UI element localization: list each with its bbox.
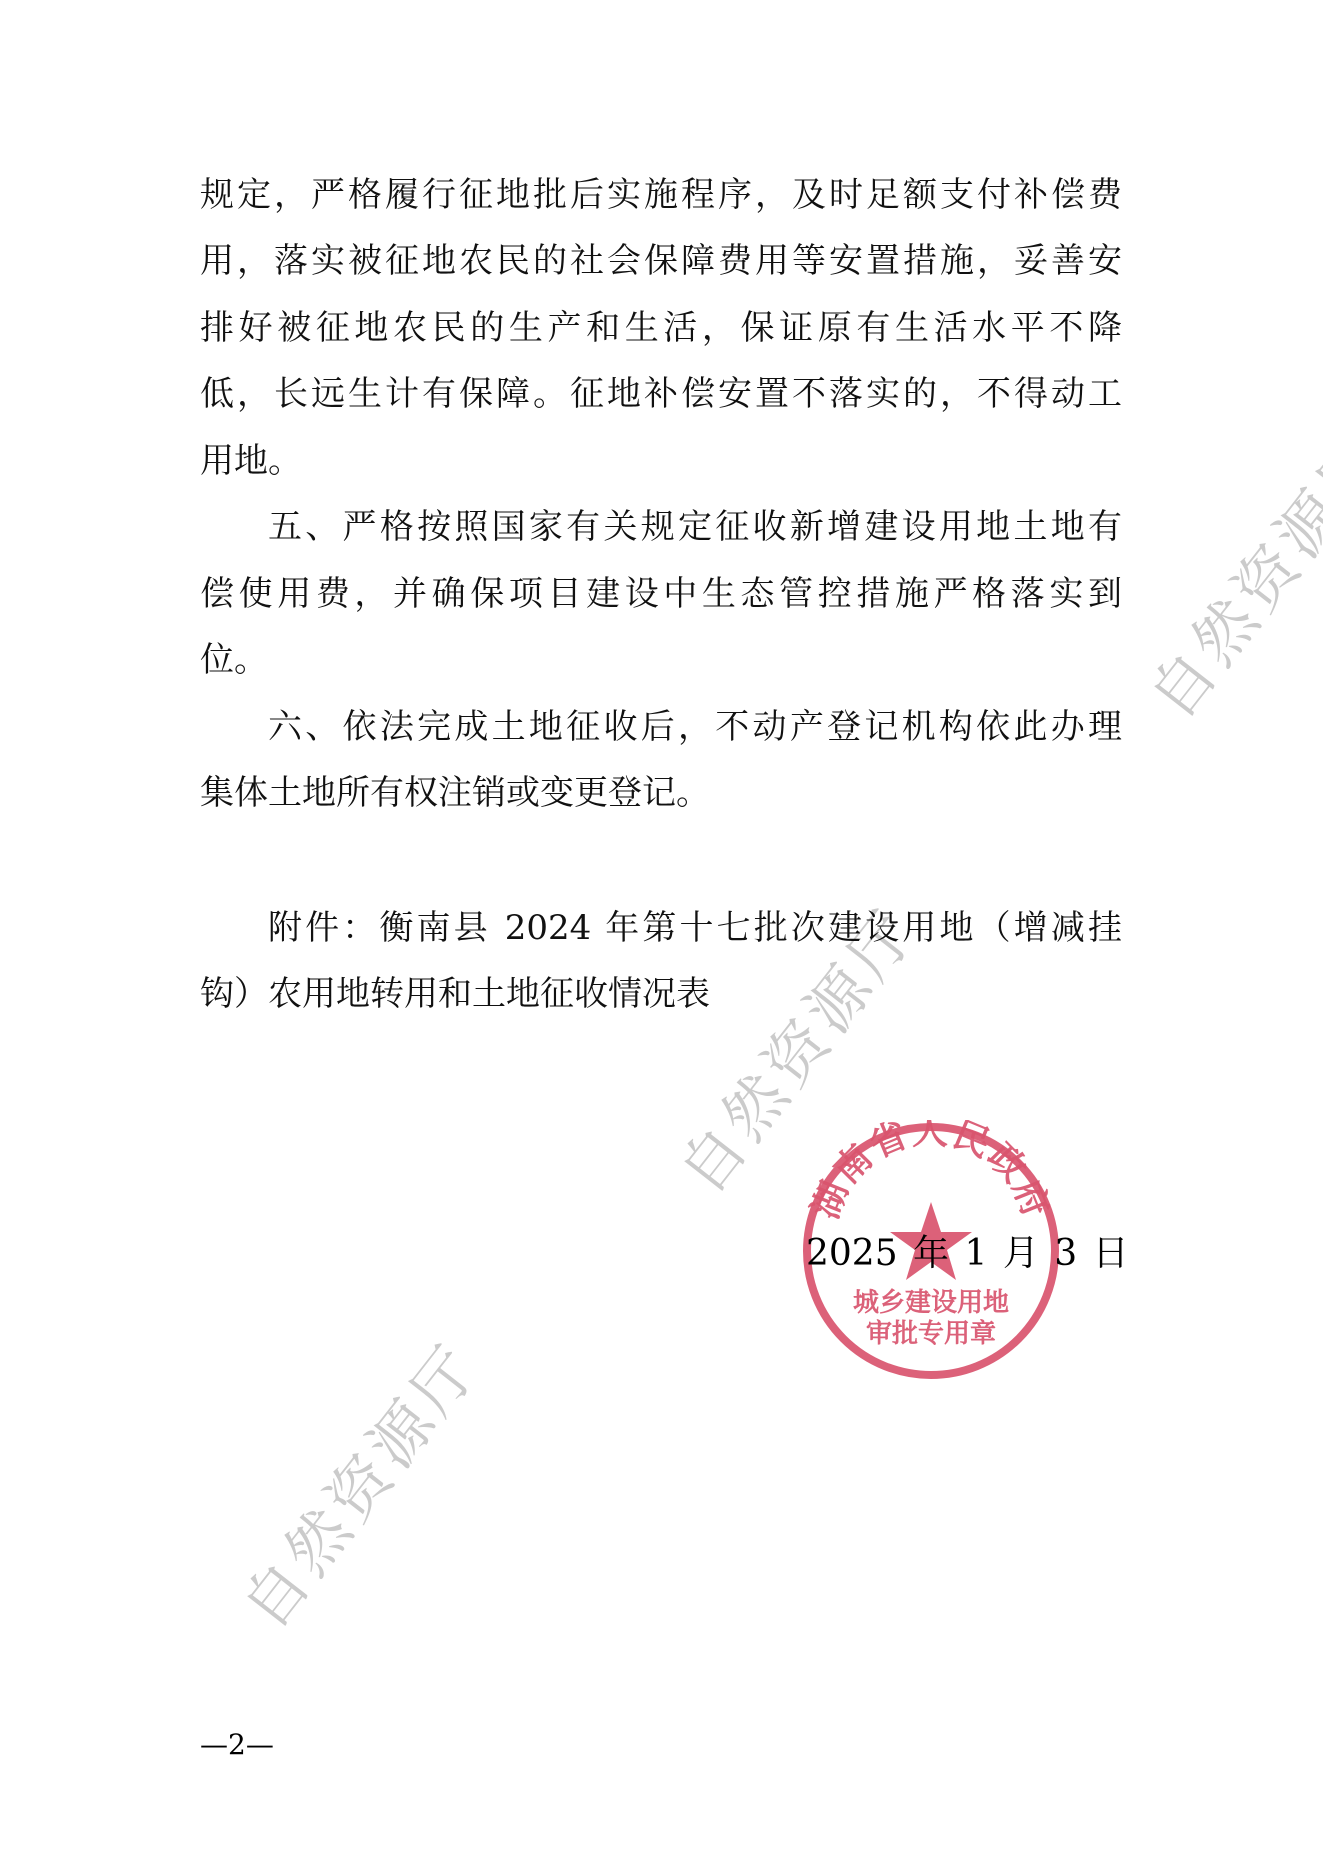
seal-line-1: 城乡建设用地 <box>853 1287 1009 1318</box>
seal-line-2: 审批专用章 <box>866 1318 996 1349</box>
item-five-line: 五、严格按照国家有关规定征收新增建设用地土地有 <box>268 502 1122 552</box>
page-number: —2— <box>200 1727 274 1763</box>
watermark: 自然资源厅 <box>1125 411 1323 734</box>
attachment-line: 附件：衡南县 2024 年第十七批次建设用地（增减挂 <box>268 903 1122 953</box>
item-six-line: 六、依法完成土地征收后，不动产登记机构依此办理 <box>268 702 1122 752</box>
text-line: 用地。 <box>200 436 1122 486</box>
item-six-line: 集体土地所有权注销或变更登记。 <box>200 768 1122 818</box>
text-line: 低，长远生计有保障。征地补偿安置不落实的，不得动工 <box>200 369 1122 419</box>
text-line: 用，落实被征地农民的社会保障费用等安置措施，妥善安 <box>200 236 1122 286</box>
item-five-line: 偿使用费，并确保项目建设中生态管控措施严格落实到 <box>200 569 1122 619</box>
item-five-line: 位。 <box>200 635 1122 685</box>
signature-date: 2025 年 1 月 3 日 <box>806 1232 1129 1276</box>
text-line: 排好被征地农民的生产和生活，保证原有生活水平不降 <box>200 303 1122 353</box>
attachment-line: 钩）农用地转用和土地征收情况表 <box>200 969 1122 1019</box>
text-line: 规定，严格履行征地批后实施程序，及时足额支付补偿费 <box>200 170 1122 220</box>
watermark: 自然资源厅 <box>218 1321 497 1644</box>
document-page: 自然资源厅 自然资源厅 自然资源厅 规定，严格履行征地批后实施程序，及时足额支付… <box>0 0 1323 1871</box>
